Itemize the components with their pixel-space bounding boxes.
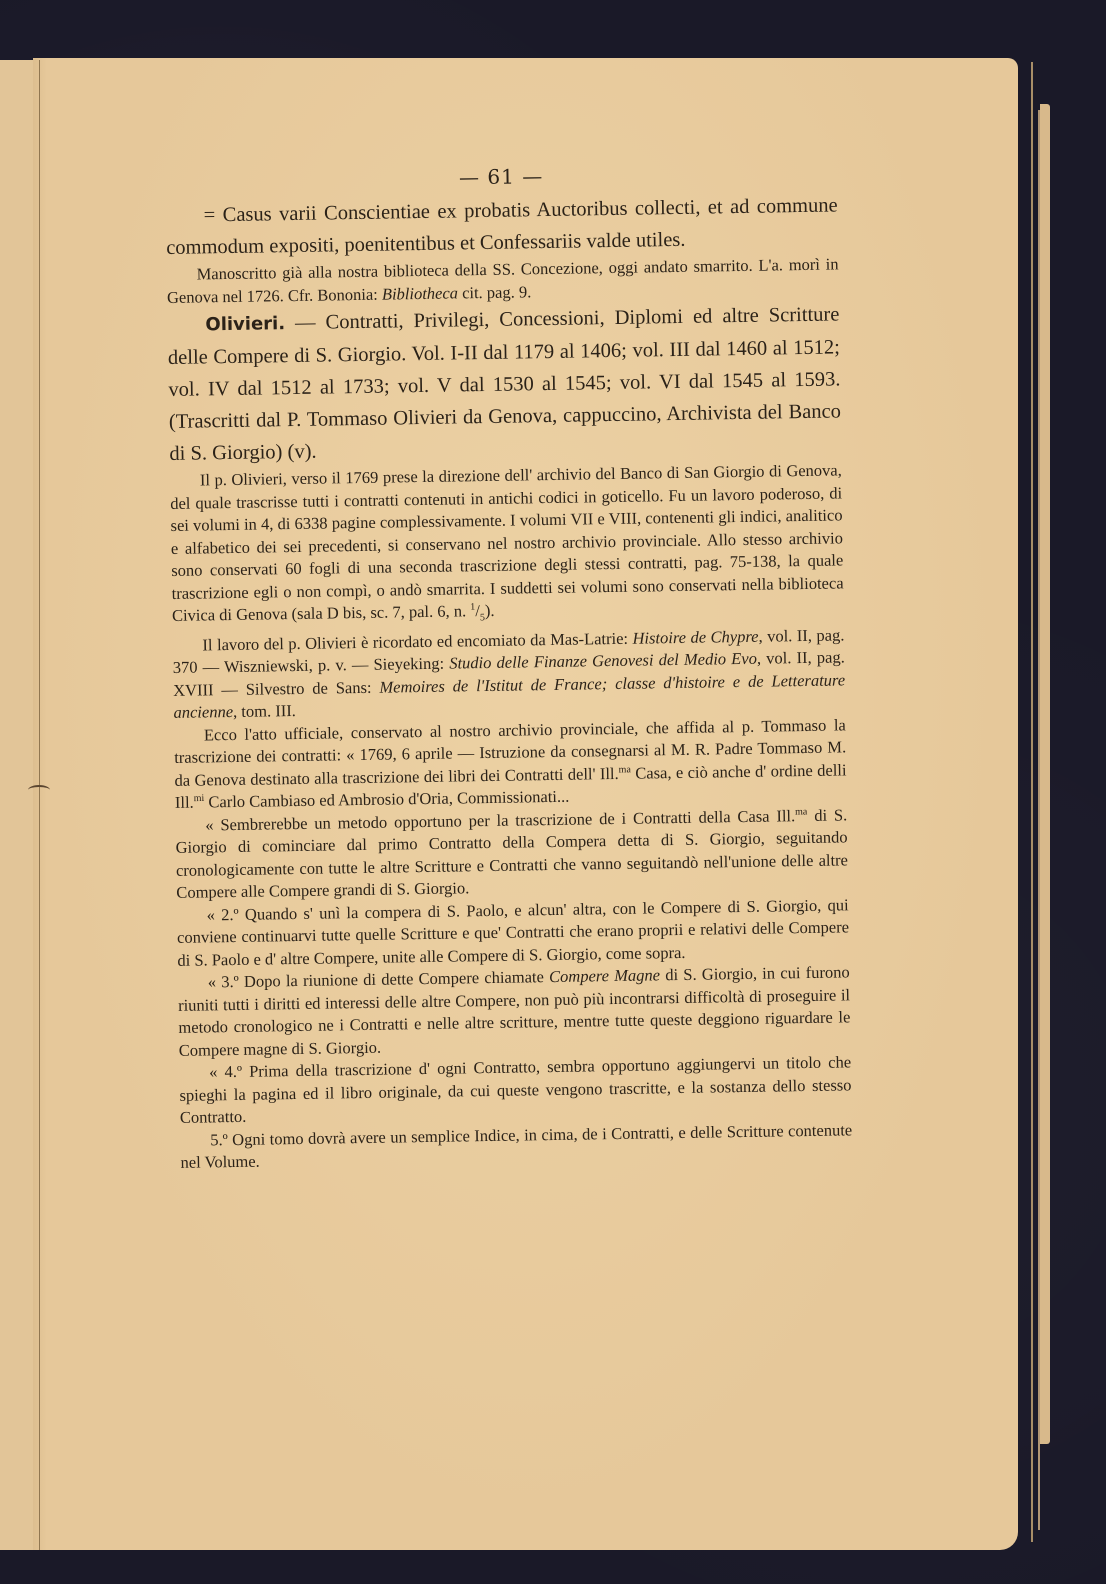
- facing-page-edge: [0, 60, 34, 1550]
- note-text: Carlo Cambiaso ed Ambrosio d'Oria, Commi…: [204, 787, 569, 812]
- note-paragraph-1: Il p. Olivieri, verso il 1769 prese la d…: [170, 459, 845, 634]
- note-paragraph-6: « 3.º Dopo la riunione di dette Compere …: [178, 962, 851, 1063]
- entry-olivieri: Olivieri. — Contratti, Privilegi, Conces…: [167, 298, 841, 470]
- note-paragraph-7: « 4.º Prima della trascrizione d' ogni C…: [179, 1052, 852, 1130]
- page-text: — 61 — = Casus varii Conscientiae ex pro…: [165, 159, 853, 1174]
- note-paragraph-3: Ecco l'atto ufficiale, conservato al nos…: [174, 714, 847, 815]
- superscript: ma: [795, 806, 807, 817]
- superscript: mi: [194, 793, 205, 804]
- superscript: ma: [619, 764, 631, 775]
- note-paragraph-5: « 2.º Quando s' unì la compera di S. Pao…: [177, 894, 850, 972]
- margin-mark: [28, 785, 50, 795]
- note-text: , tom. III.: [233, 701, 296, 721]
- note-paragraph-4: « Sembrerebbe un metodo opportuno per la…: [175, 804, 848, 905]
- note-paragraph-2: Il lavoro del p. Olivieri è ricordato ed…: [172, 624, 845, 725]
- cited-title: Histoire de Chypre: [632, 627, 758, 648]
- note-text: « 3.º Dopo la riunione di dette Compere …: [208, 967, 550, 991]
- entry-casus-varii: = Casus varii Conscientiae ex probatis A…: [165, 189, 838, 264]
- note-text: cit. pag. 9.: [458, 282, 532, 302]
- cited-title: Studio delle Finanze Genovesi del Medio …: [449, 649, 757, 673]
- page-edge-line: [1031, 62, 1033, 1542]
- note-text: ).: [485, 601, 495, 620]
- note-text: Il p. Olivieri, verso il 1769 prese la d…: [170, 460, 844, 625]
- cited-term: Compere Magne: [549, 966, 660, 987]
- entry-author: Olivieri.: [205, 313, 285, 335]
- spine-crease: [39, 60, 40, 1550]
- underlying-pages-edge: [1040, 104, 1050, 1444]
- note-italic-title: Bibliotheca: [382, 283, 458, 303]
- fraction-numerator: 1: [470, 602, 475, 613]
